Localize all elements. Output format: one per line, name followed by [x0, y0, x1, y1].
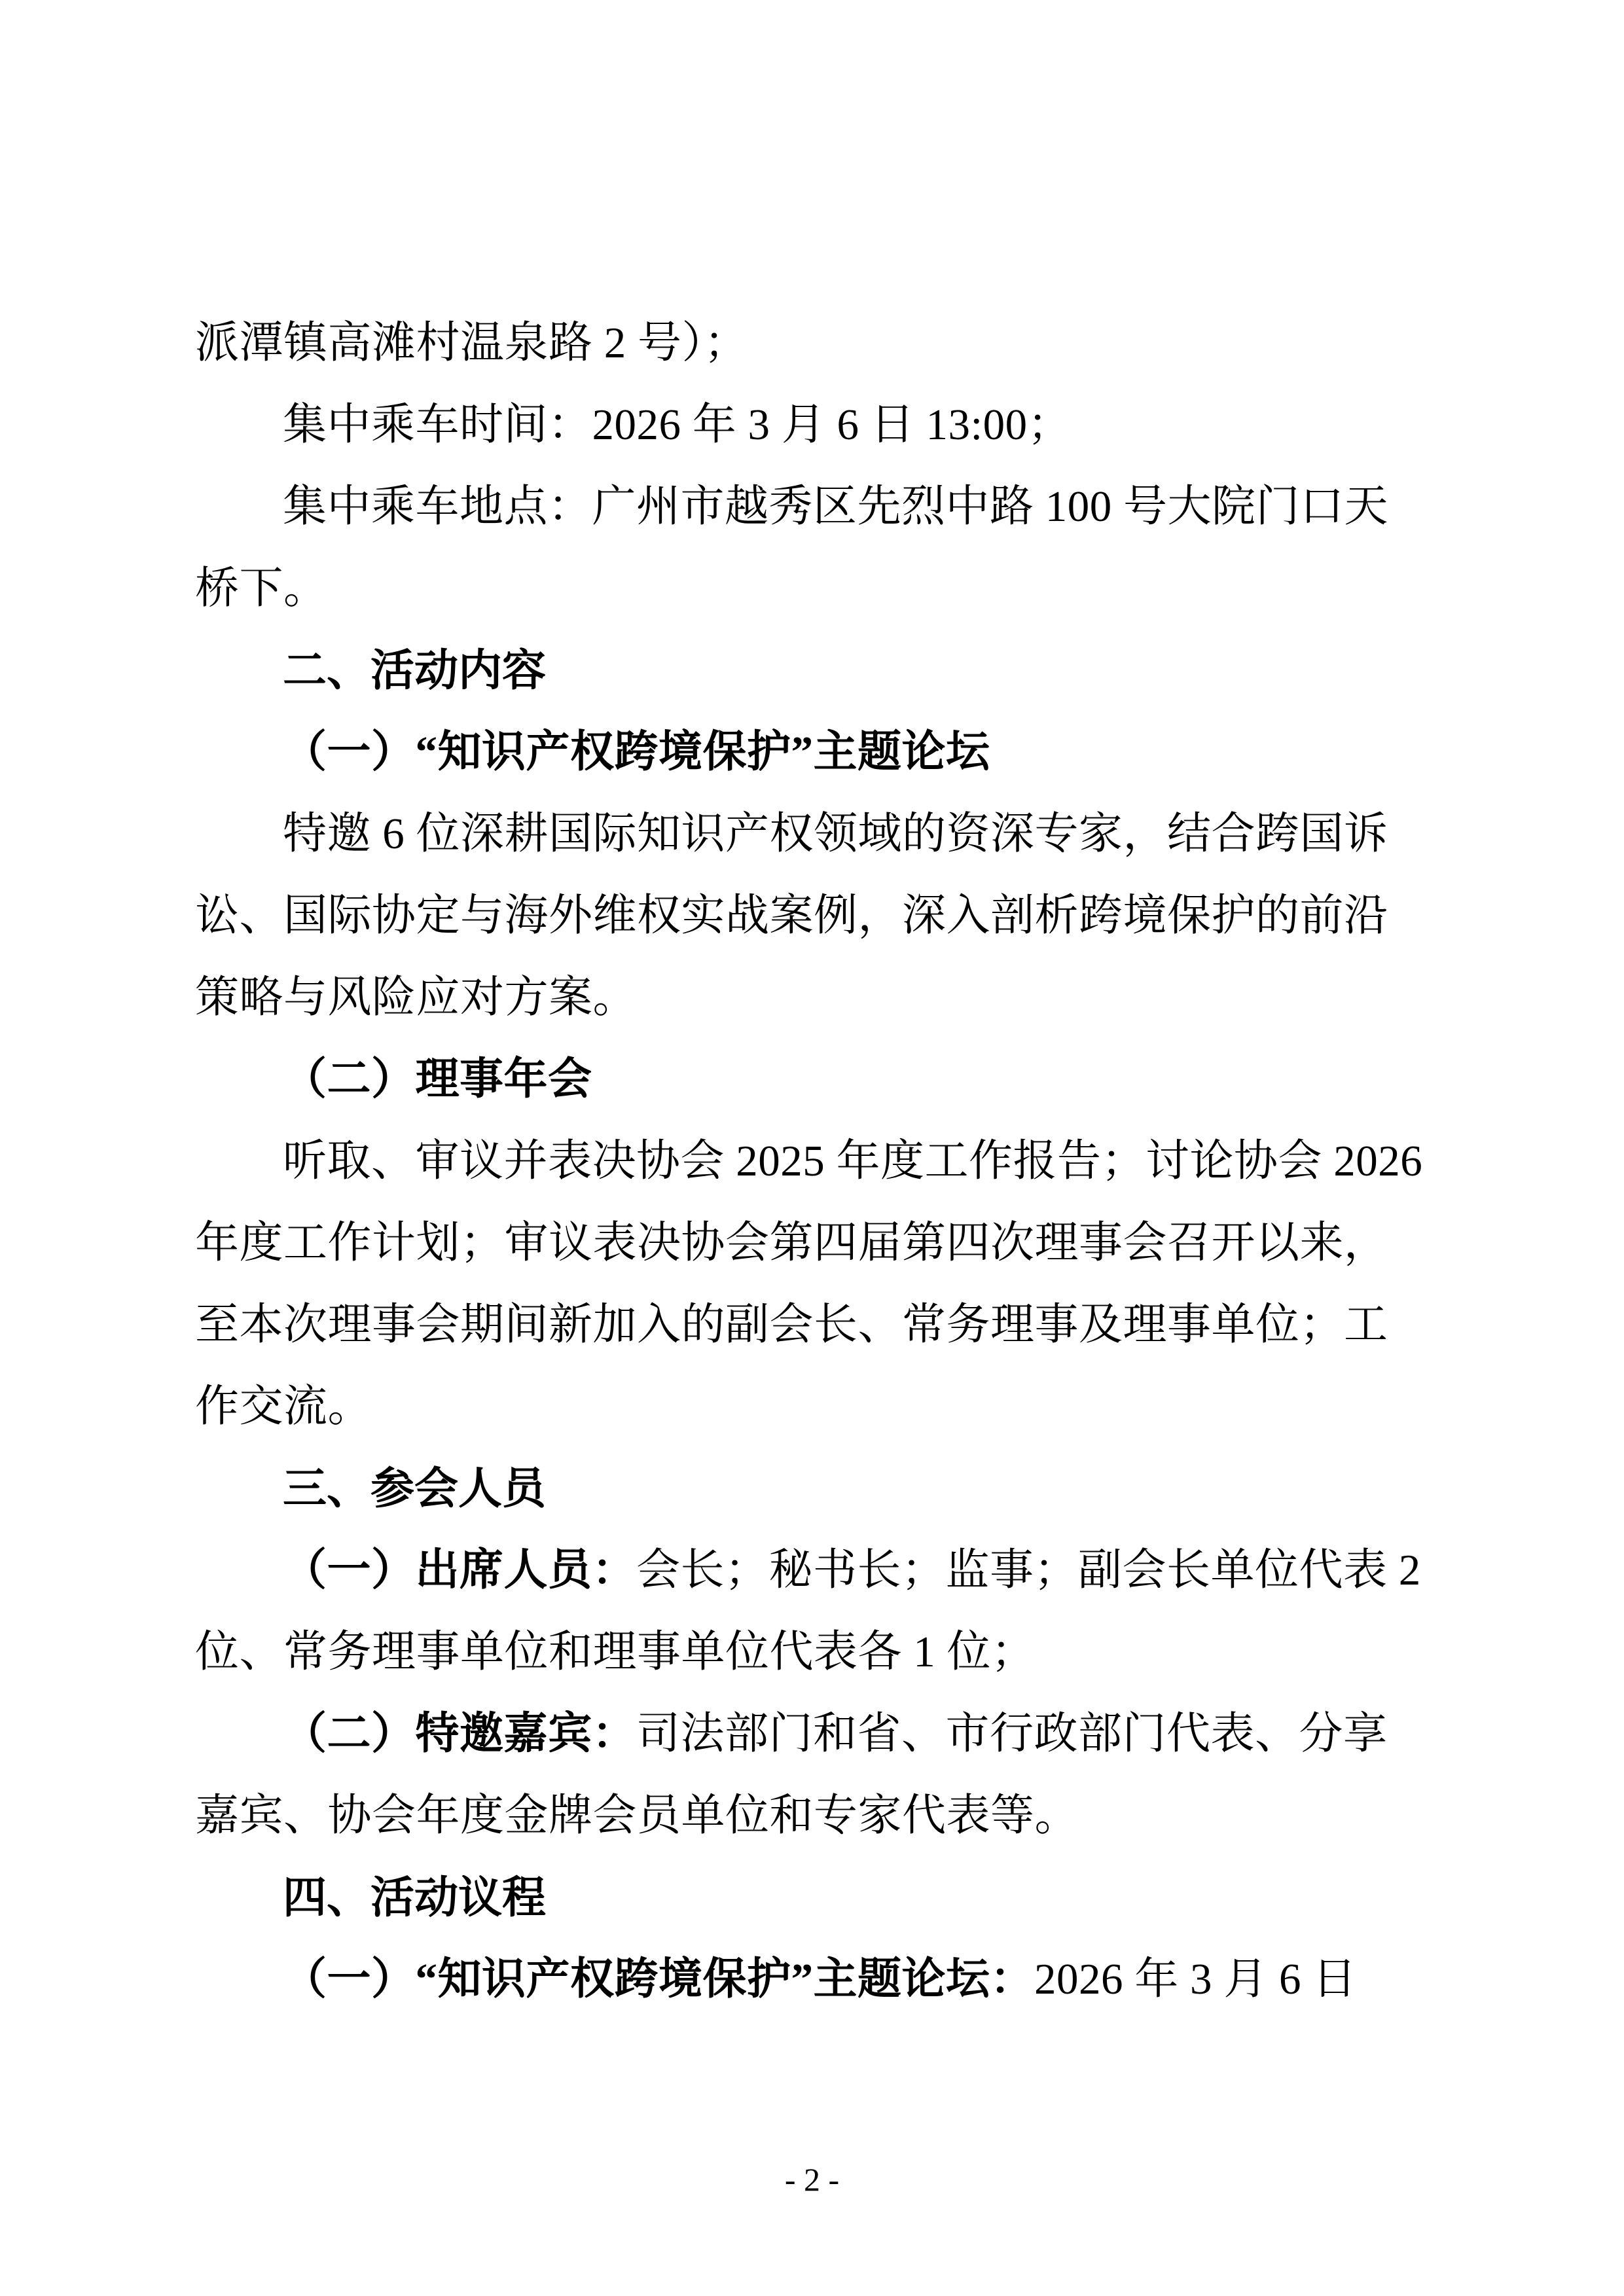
section-heading: 四、活动议程 — [195, 1857, 1429, 1939]
text-line: （一）出席人员：会长；秘书长；监事；副会长单位代表 2 — [195, 1530, 1429, 1611]
text-line: 位、常务理事单位和理事单位代表各 1 位； — [195, 1611, 1429, 1693]
line-lead-bold: （一）“知识产权跨境保护”主题论坛： — [283, 1955, 1034, 2003]
text-line: 讼、国际协定与海外维权实战案例，深入剖析跨境保护的前沿 — [195, 875, 1429, 957]
line-rest: 2026 年 3 月 6 日 — [1034, 1955, 1357, 2003]
line-lead-bold: （二）特邀嘉宾： — [283, 1710, 636, 1758]
line-rest: 司法部门和省、市行政部门代表、分享 — [636, 1710, 1388, 1758]
text-line: （一）“知识产权跨境保护”主题论坛：2026 年 3 月 6 日 — [195, 1939, 1429, 2020]
line-lead-bold: （一）出席人员： — [283, 1546, 636, 1594]
sub-heading: （一）“知识产权跨境保护”主题论坛 — [195, 711, 1429, 793]
text-line: 特邀 6 位深耕国际知识产权领域的资深专家，结合跨国诉 — [195, 793, 1429, 875]
text-line: 集中乘车时间：2026 年 3 月 6 日 13:00； — [195, 384, 1429, 466]
text-line: 年度工作计划；审议表决协会第四届第四次理事会召开以来， — [195, 1202, 1429, 1284]
text-line: 集中乘车地点：广州市越秀区先烈中路 100 号大院门口天 — [195, 466, 1429, 548]
line-rest: 会长；秘书长；监事；副会长单位代表 2 — [636, 1546, 1421, 1594]
text-line: 桥下。 — [195, 548, 1429, 630]
page-number: - 2 - — [0, 2160, 1624, 2199]
text-line: 听取、审议并表决协会 2025 年度工作报告；讨论协会 2026 — [195, 1121, 1429, 1202]
document-body: 派潭镇高滩村温泉路 2 号）；集中乘车时间：2026 年 3 月 6 日 13:… — [195, 302, 1429, 2020]
text-line: 作交流。 — [195, 1366, 1429, 1448]
text-line: 嘉宾、协会年度金牌会员单位和专家代表等。 — [195, 1775, 1429, 1857]
sub-heading: （二）理事年会 — [195, 1039, 1429, 1121]
section-heading: 二、活动内容 — [195, 630, 1429, 711]
section-heading: 三、参会人员 — [195, 1448, 1429, 1530]
text-line: 派潭镇高滩村温泉路 2 号）； — [195, 302, 1429, 384]
text-line: 策略与风险应对方案。 — [195, 957, 1429, 1039]
text-line: 至本次理事会期间新加入的副会长、常务理事及理事单位；工 — [195, 1284, 1429, 1366]
document-page: 派潭镇高滩村温泉路 2 号）；集中乘车时间：2026 年 3 月 6 日 13:… — [0, 0, 1624, 2296]
text-line: （二）特邀嘉宾：司法部门和省、市行政部门代表、分享 — [195, 1693, 1429, 1775]
